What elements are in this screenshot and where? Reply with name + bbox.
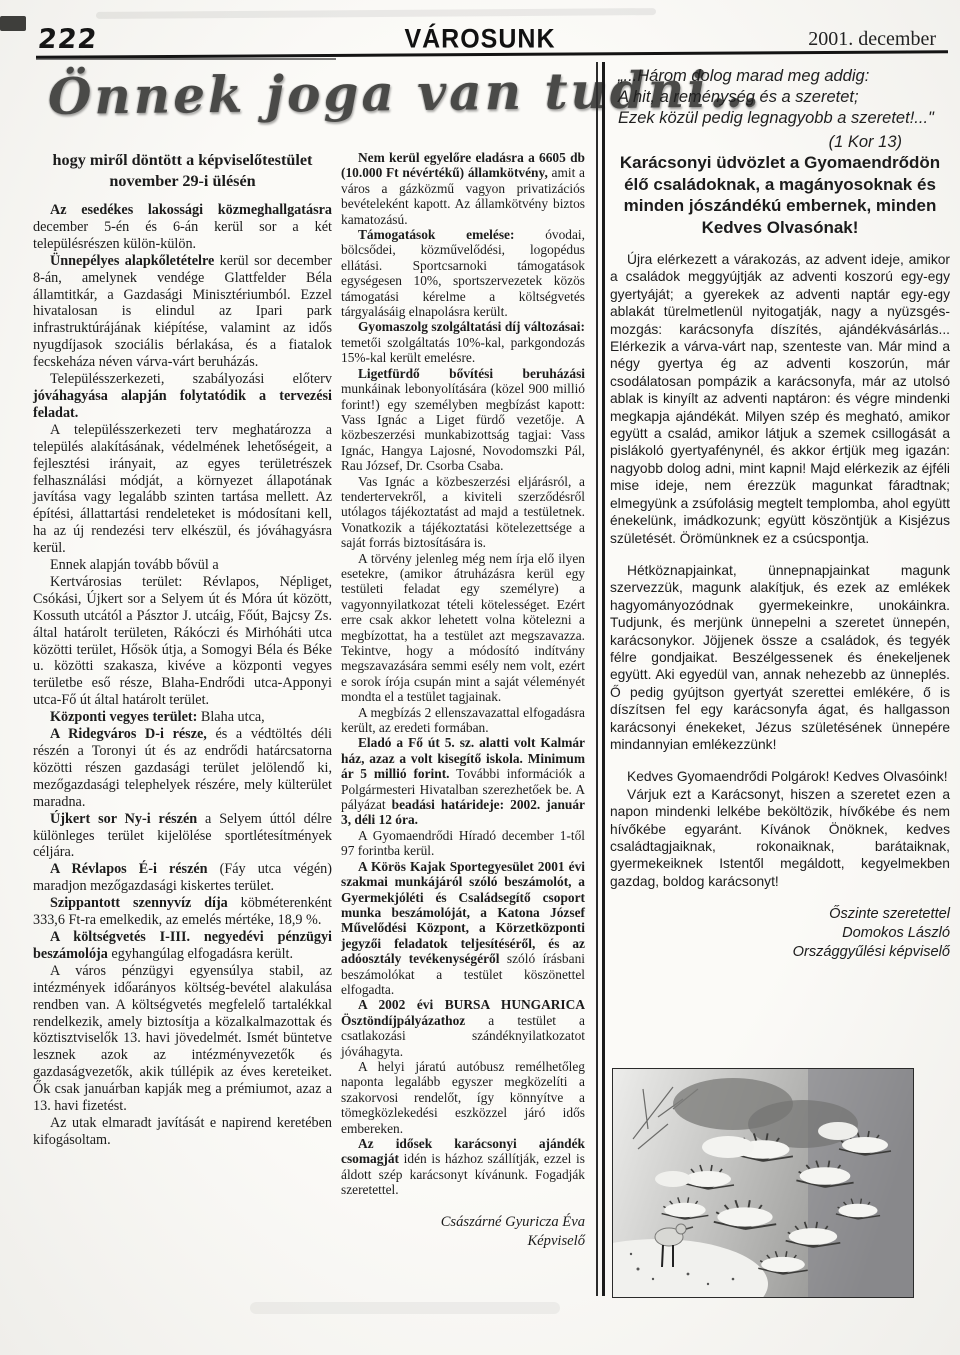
paragraph: Az utak elmaradt javítását e napirend ke… (33, 1115, 332, 1149)
column-council-report: hogy miről döntött a képviselőtestület n… (33, 150, 332, 1149)
paragraph: Újkert sor Ny-i részén a Selyem úttól dé… (33, 811, 332, 862)
paragraph: Nem kerül egyelőre eladásra a 6605 db (1… (341, 150, 585, 227)
paragraph: Ennek alapján tovább bővül a (33, 557, 332, 574)
article-heading: Karácsonyi üdvözlet a Gyomaendrődön élő … (610, 152, 950, 238)
paragraph: A törvény jelenleg még nem írja elő ilye… (341, 551, 585, 705)
paragraph: Központi vegyes terület: Blaha utca, (33, 709, 332, 726)
paragraph: Szippantott szennyvíz díja köbméterenkén… (33, 895, 332, 929)
issue-date: 2001. december (808, 28, 936, 51)
paragraph: Ünnepélyes alapkőletételre kerül sor dec… (33, 253, 332, 371)
paragraph: Vas Ignác a közbeszerzési eljárásról, a … (341, 474, 585, 551)
signature-line: Császárné Gyuricza Éva (341, 1213, 585, 1232)
column-divider-rule (596, 62, 598, 1296)
paragraph: Eladó a Fő út 5. sz. alatti volt Kalmár … (341, 735, 585, 827)
newspaper-scan: { "header": { "page_number": "222", "mas… (0, 0, 960, 1355)
quote-line: „...Három dolog marad meg addig: (618, 66, 948, 87)
scan-artifact (250, 1302, 560, 1314)
paragraph: Várjuk ezt a Karácsonyt, hiszen a szeret… (610, 786, 950, 890)
quote-line: A hit, a reménység és a szeretet; (618, 87, 948, 108)
article-heading: hogy miről döntött a képviselőtestület n… (33, 150, 332, 192)
bible-quote: „...Három dolog marad meg addig: A hit, … (618, 66, 948, 153)
paragraph: Támogatások emelése: óvodai, bölcsődei, … (341, 227, 585, 319)
winter-pine-snow-photo (612, 1068, 914, 1298)
paragraph: Újra elérkezett a várakozás, az advent i… (610, 251, 950, 547)
header-rule-secondary (36, 58, 336, 60)
paragraph: Kertvárosias terület: Révlapos, Népliget… (33, 574, 332, 709)
paragraph: A helyi járatú autóbusz remélhetőleg nap… (341, 1059, 585, 1136)
script-headline: Önnek joga van tudni… (48, 61, 589, 151)
column-divider-rule (602, 62, 605, 1296)
column-christmas-greeting: Karácsonyi üdvözlet a Gyomaendrődön élő … (610, 152, 950, 962)
scan-artifact (96, 8, 656, 19)
paragraph: Gyomaszolg szolgáltatási díj változásai:… (341, 319, 585, 365)
signature-line: Őszinte szeretettel (610, 905, 950, 924)
paragraph: Ligetfürdő bővítési beruházási munkáinak… (341, 366, 585, 474)
quote-line: Ezek közül pedig legnagyobb a szeretet!.… (618, 108, 948, 129)
paragraph: A megbízás 2 ellenszavazattal elfogadásr… (341, 705, 585, 736)
page-header: 222 VÁROSUNK 2001. december (0, 22, 960, 54)
paragraph: Hétköznapjainkat, ünnepnapjainkat magunk… (610, 562, 950, 753)
signature-line: Domokos László (610, 924, 950, 943)
paragraph: Kedves Gyomaendrődi Polgárok! Kedves Olv… (610, 768, 950, 785)
paragraph: A településszerkezeti terv meghatározza … (33, 422, 332, 557)
paragraph: A Körös Kajak Sportegyesület 2001 évi sz… (341, 859, 585, 998)
paragraph: Az idősek karácsonyi ajándék csomagját i… (341, 1136, 585, 1198)
paragraph: A költségvetés I-III. negyedévi pénzügyi… (33, 929, 332, 963)
paragraph: A 2002 évi BURSA HUNGARICA Ösztöndíjpály… (341, 997, 585, 1059)
signature-line: Országgyűlési képviselő (610, 943, 950, 962)
paragraph: A Gyomaendrődi Híradó december 1-től 97 … (341, 828, 585, 859)
paragraph: A Révlapos É-i részén (Fáy utca végén) m… (33, 861, 332, 895)
quote-reference: (1 Kor 13) (618, 132, 948, 153)
signature-line: Képviselő (341, 1232, 585, 1251)
paragraph: Az esedékes lakossági közmeghallgatásra … (33, 202, 332, 253)
paragraph: Településszerkezeti, szabályozási előter… (33, 371, 332, 422)
winter-photo-illustration (613, 1069, 913, 1297)
paragraph: A Ridegváros D-i része, és a védtöltés d… (33, 726, 332, 811)
paragraph: A város pénzügyi egyensúlya stabil, az i… (33, 963, 332, 1115)
column-council-report-continued: Nem kerül egyelőre eladásra a 6605 db (1… (341, 150, 585, 1251)
